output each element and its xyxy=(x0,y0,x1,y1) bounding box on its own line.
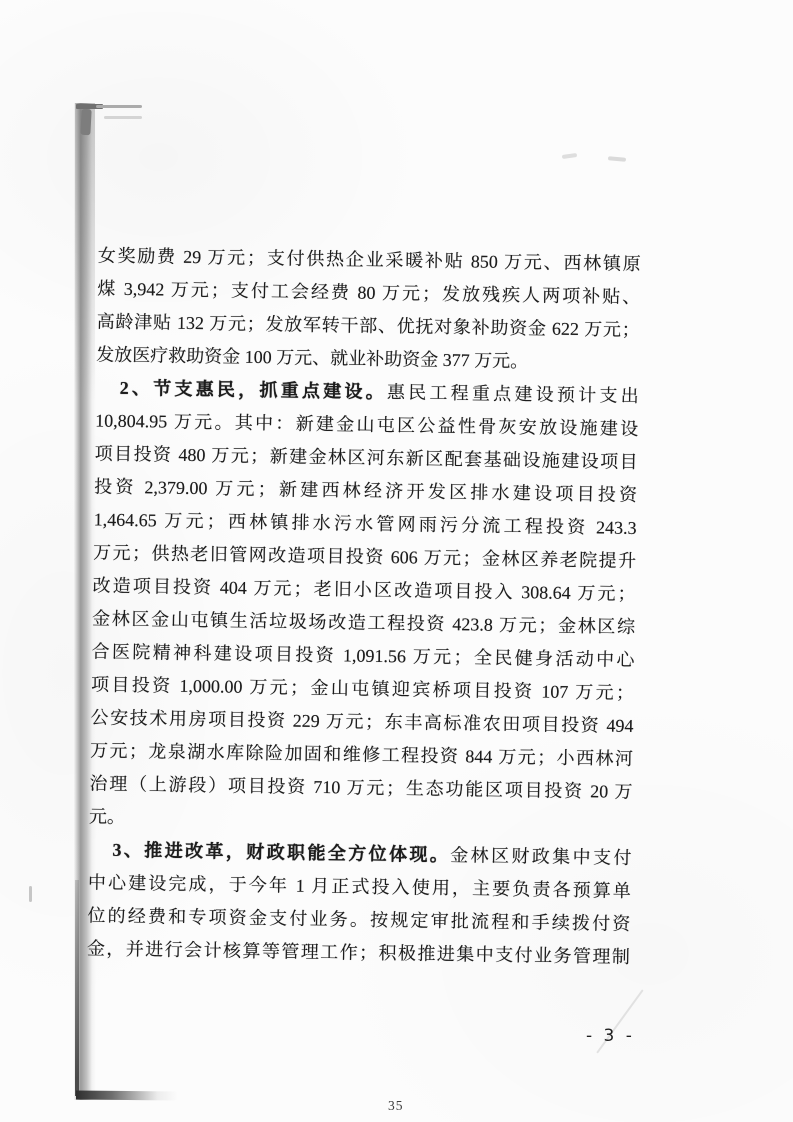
text-run: 元。 xyxy=(89,806,125,827)
text-run: 高龄津贴 132 万元；发放军转干部、优抚对象补助资金 622 万元； xyxy=(97,311,640,340)
text-run: 万元；龙泉湖水库除险加固和维修工程投资 844 万元；小西林河 xyxy=(90,740,633,769)
text-run: 改造项目投资 404 万元；老旧小区改造项目投入 308.64 万元； xyxy=(92,575,635,604)
text-run: 位的经费和专项资金支付业务。按规定审批流程和手续拨付资 xyxy=(87,905,630,934)
text-run: 发放医疗救助资金 100 万元、就业补助资金 377 万元。 xyxy=(96,344,528,371)
section-heading-run: 2、节支惠民，抓重点建设。 xyxy=(120,378,388,402)
scan-smudge-upper-right-2 xyxy=(608,156,626,162)
text-run: 金林区财政集中支付 xyxy=(450,845,631,868)
text-run: 女奖励费 29 万元；支付供热企业采暖补贴 850 万元、西林镇原 xyxy=(98,245,641,274)
text-run: 项目投资 1,000.00 万元；金山屯镇迎宾桥项目投资 107 万元； xyxy=(91,674,634,703)
scan-artifact-top-dash xyxy=(96,105,142,108)
scanned-document-page: 女奖励费 29 万元；支付供热企业采暖补贴 850 万元、西林镇原煤 3,942… xyxy=(0,0,793,1122)
page-number: - 3 - xyxy=(586,1026,635,1046)
scan-artifact-top-blob xyxy=(80,109,91,135)
paper-edge-shadow-top xyxy=(75,103,95,403)
scan-artifact-left-margin-tick xyxy=(29,886,32,902)
text-run: 投资 2,379.00 万元；新建西林经济开发区排水建设项目投资 xyxy=(94,476,637,505)
text-run: 10,804.95 万元。其中：新建金山屯区公益性骨灰安放设施建设 xyxy=(95,410,638,439)
scan-smudge-upper-right xyxy=(562,153,577,159)
text-run: 万元；供热老旧管网改造项目投资 606 万元；金林区养老院提升 xyxy=(93,542,636,571)
text-run: 金，并进行会计核算等管理工作；积极推进集中支付业务管理制 xyxy=(87,938,630,967)
text-run: 治理（上游段）项目投资 710 万元；生态功能区项目投资 20 万 xyxy=(89,773,632,802)
text-run: 公安技术用房项目投资 229 万元；东丰高标准农田项目投资 494 xyxy=(90,707,633,736)
scan-artifact-top-dash-faint xyxy=(104,116,142,119)
text-run: 合医院精神科建设项目投资 1,091.56 万元；全民健身活动中心 xyxy=(91,641,634,670)
text-run: 1,464.65 万元；西林镇排水污水管网雨污分流工程投资 243.3 xyxy=(94,509,637,538)
sheet-number: 35 xyxy=(388,1098,404,1114)
text-run: 项目投资 480 万元；新建金林区河东新区配套基础设施建设项目 xyxy=(95,443,638,472)
text-run: 金林区金山屯镇生活垃圾场改造工程投资 423.8 万元；金林区综 xyxy=(92,608,635,637)
section-heading-run: 3、推进改革，财政职能全方位体现。 xyxy=(112,840,450,865)
document-text: 女奖励费 29 万元；支付供热企业采暖补贴 850 万元、西林镇原煤 3,942… xyxy=(87,239,641,973)
text-run: 煤 3,942 万元；支付工会经费 80 万元；发放残疾人两项补贴、 xyxy=(97,278,640,307)
text-run: 中心建设完成，于今年 1 月正式投入使用，主要负责各预算单 xyxy=(88,872,631,901)
paper-bottom-left-corner-shadow xyxy=(76,1090,178,1100)
text-run: 惠民工程重点建设预计支出 xyxy=(387,382,639,406)
paper-edge-line-bottom xyxy=(75,880,79,1096)
